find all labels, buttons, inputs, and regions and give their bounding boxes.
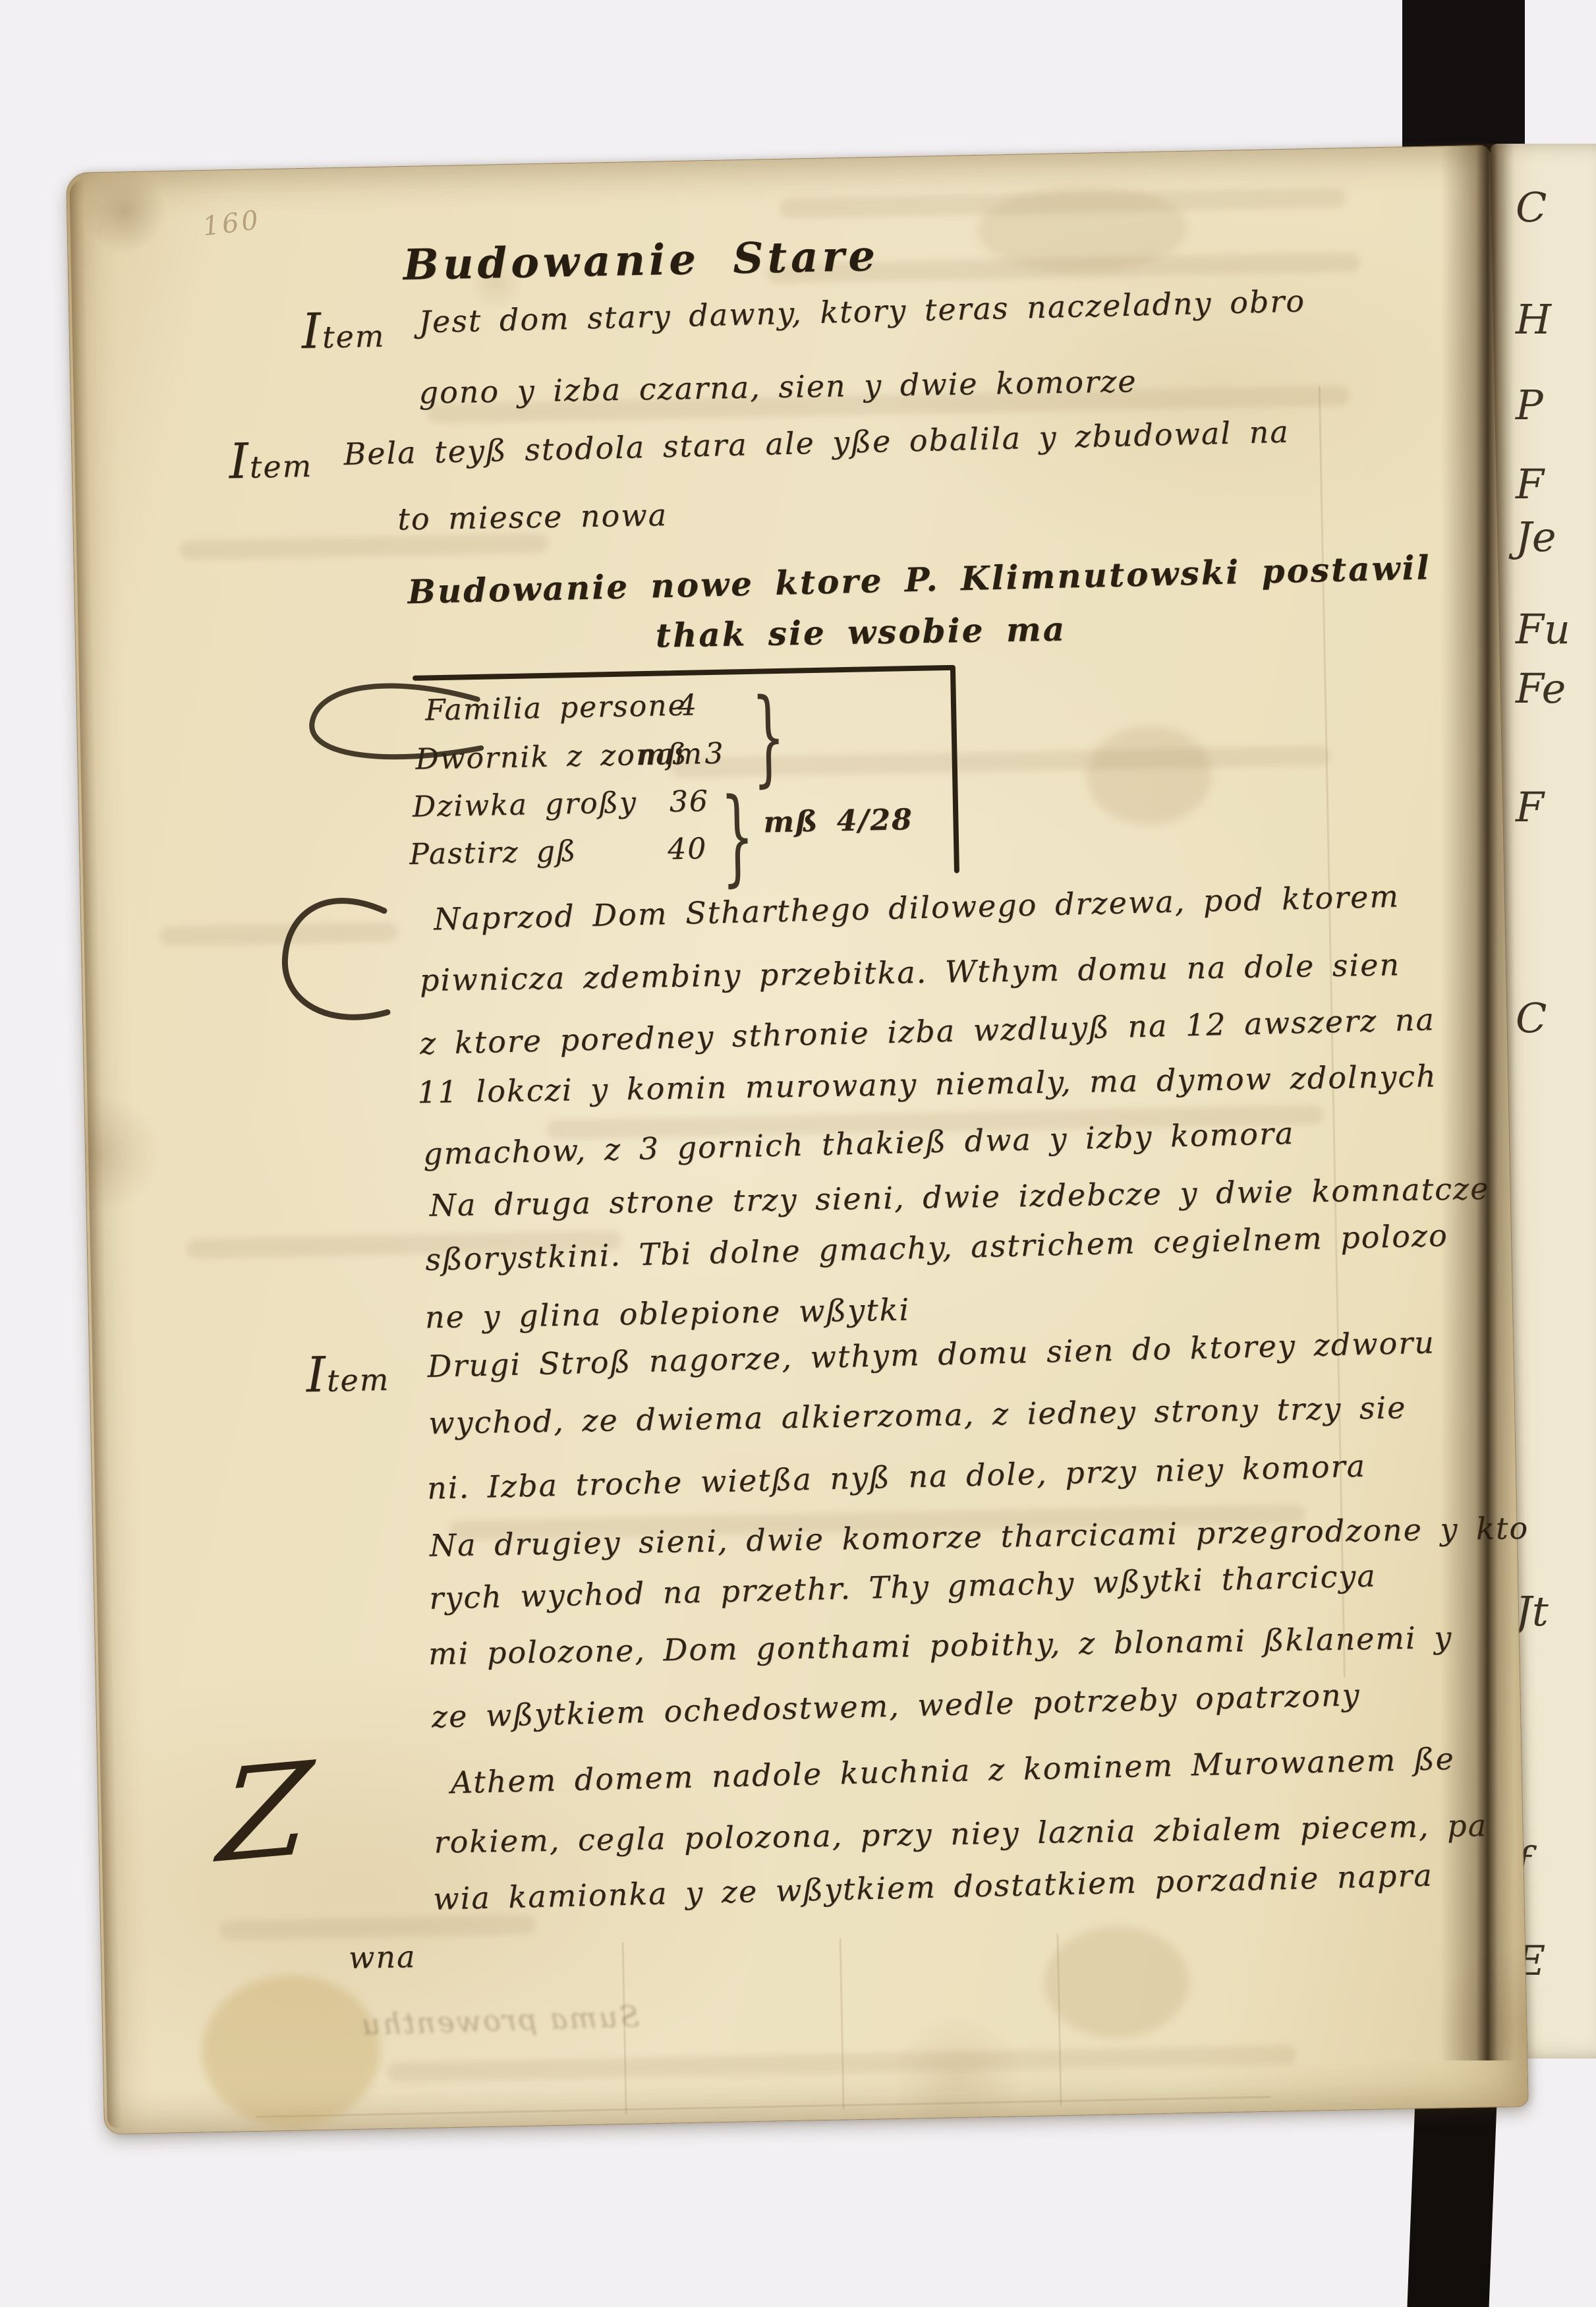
- bleedthrough-streak: [179, 533, 548, 560]
- item-marker: Item: [306, 1346, 390, 1403]
- facing-page-text-fragment: Jt: [1516, 1587, 1549, 1635]
- manuscript-line: z ktore poredney sthronie izba wzdluyß n…: [419, 1001, 1435, 1061]
- manuscript-line: Naprzod Dom Stharthego dilowego drzewa, …: [434, 878, 1400, 937]
- manuscript-line: to miesce nowa: [397, 497, 668, 537]
- page-stack-edge: [69, 179, 122, 2128]
- inventory-value: 36: [669, 784, 709, 819]
- manuscript-line: sßorystkini. Tbi dolne gmachy, astrichem…: [425, 1217, 1449, 1277]
- brace-upper: }: [751, 676, 786, 798]
- inventory-value: mß 3: [638, 737, 725, 773]
- facing-page-text-fragment: H: [1516, 295, 1551, 343]
- manuscript-line: Athem domem nadole kuchnia z kominem Mur…: [450, 1741, 1455, 1800]
- page-stain: [1086, 724, 1213, 826]
- facing-page-text-fragment: P: [1516, 381, 1543, 429]
- facing-page-text-fragment: F: [1516, 460, 1544, 508]
- manuscript-line: ni. Izba troche wietßa nyß na dole, przy…: [426, 1448, 1366, 1506]
- facing-page-text-fragment: Fu: [1516, 605, 1570, 653]
- section-heading-line1: Budowanie nowe ktore P. Klimnutowski pos…: [407, 548, 1431, 611]
- table-border-right: [950, 666, 959, 873]
- bleedthrough-note: Suma prowenthu: [359, 2000, 640, 2042]
- ruling-line: [840, 1939, 845, 2110]
- manuscript-line: mi polozone, Dom gonthami pobithy, z blo…: [428, 1620, 1453, 1672]
- manuscript-line: ne y glina oblepione wßytki: [425, 1292, 911, 1335]
- item-marker: Item: [301, 303, 385, 360]
- bleedthrough-streak: [779, 188, 1346, 219]
- manuscript-line: Na drugiey sieni, dwie komorze tharcicam…: [429, 1510, 1529, 1563]
- ruling-line: [256, 2096, 1271, 2118]
- manuscript-line: rych wychod na przethr. Thy gmachy wßytk…: [429, 1558, 1377, 1616]
- manuscript-line: piwnicza zdembiny przebitka. Wthym domu …: [420, 947, 1401, 998]
- facing-page-text-fragment: Je: [1516, 513, 1556, 561]
- manuscript-line: wia kamionka y ze wßytkiem dostatkiem po…: [433, 1857, 1434, 1917]
- ruling-line: [1057, 1934, 1062, 2105]
- page-stain: [1043, 1925, 1190, 2039]
- initial-z-flourish: Z: [215, 1745, 316, 1881]
- manuscript-line: rokiem, cegla polozona, przy niey laznia…: [434, 1807, 1487, 1860]
- inventory-label: Pastirz gß: [409, 834, 577, 871]
- page-stain: [201, 1973, 382, 2128]
- bleedthrough-streak: [387, 2045, 1296, 2082]
- bleedthrough-streak: [219, 1915, 536, 1941]
- inventory-label: Dziwka großy: [412, 786, 637, 824]
- inventory-table: Familia persone 4 Dwornik z zonam mß 3 D…: [373, 665, 963, 889]
- page-stain: [977, 185, 1189, 274]
- section-heading-line2: thak sie wsobie ma: [655, 610, 1066, 655]
- manuscript-line: gono y izba czarna, sien y dwie komorze: [418, 363, 1137, 410]
- brace-lower: }: [720, 776, 755, 898]
- page-title: Budowanie Stare: [403, 231, 879, 290]
- manuscript-line: 11 lokczi y komin murowany niemaly, ma d…: [417, 1058, 1437, 1110]
- manuscript-line: Drugi Stroß nagorze, wthym domu sien do …: [427, 1324, 1436, 1384]
- inventory-label: Familia persone: [425, 689, 687, 728]
- manuscript-line: wna: [349, 1939, 416, 1975]
- inventory-value: 40: [668, 832, 708, 866]
- folio-number: 160: [201, 205, 262, 243]
- manuscript-page: 160 Budowanie Stare Item Jest dom stary …: [66, 145, 1529, 2135]
- facing-page-text-fragment: Fe: [1516, 664, 1566, 713]
- table-border-top: [413, 665, 955, 681]
- binding-strip-top: [1402, 0, 1525, 153]
- manuscript-line: wychod, ze dwiema alkierzoma, z iedney s…: [428, 1389, 1407, 1441]
- manuscript-line: Jest dom stary dawny, ktory teras naczel…: [418, 283, 1306, 339]
- manuscript-line: Na druga strone trzy sieni, dwie izdebcz…: [429, 1171, 1489, 1223]
- facing-page-text-fragment: C: [1516, 994, 1547, 1042]
- brace-note: mß 4/28: [763, 803, 913, 839]
- facing-page-text-fragment: F: [1516, 783, 1544, 831]
- facing-page-text-fragment: C: [1516, 183, 1547, 231]
- inventory-value: 4: [677, 688, 698, 722]
- manuscript-line: Bela teyß stodola stara ale yße obalila …: [343, 414, 1290, 472]
- item-marker: Item: [229, 432, 313, 490]
- manuscript-line: gmachow, z 3 gornich thakieß dwa y izby …: [423, 1115, 1295, 1172]
- manuscript-line: ze wßytkiem ochedostwem, wedle potrzeby …: [431, 1677, 1361, 1735]
- manuscript-scan: CHPFJeFuFeFCJtfE 160 Budowanie Stare: [0, 0, 1596, 2307]
- paragraph-flourish: [278, 892, 393, 1036]
